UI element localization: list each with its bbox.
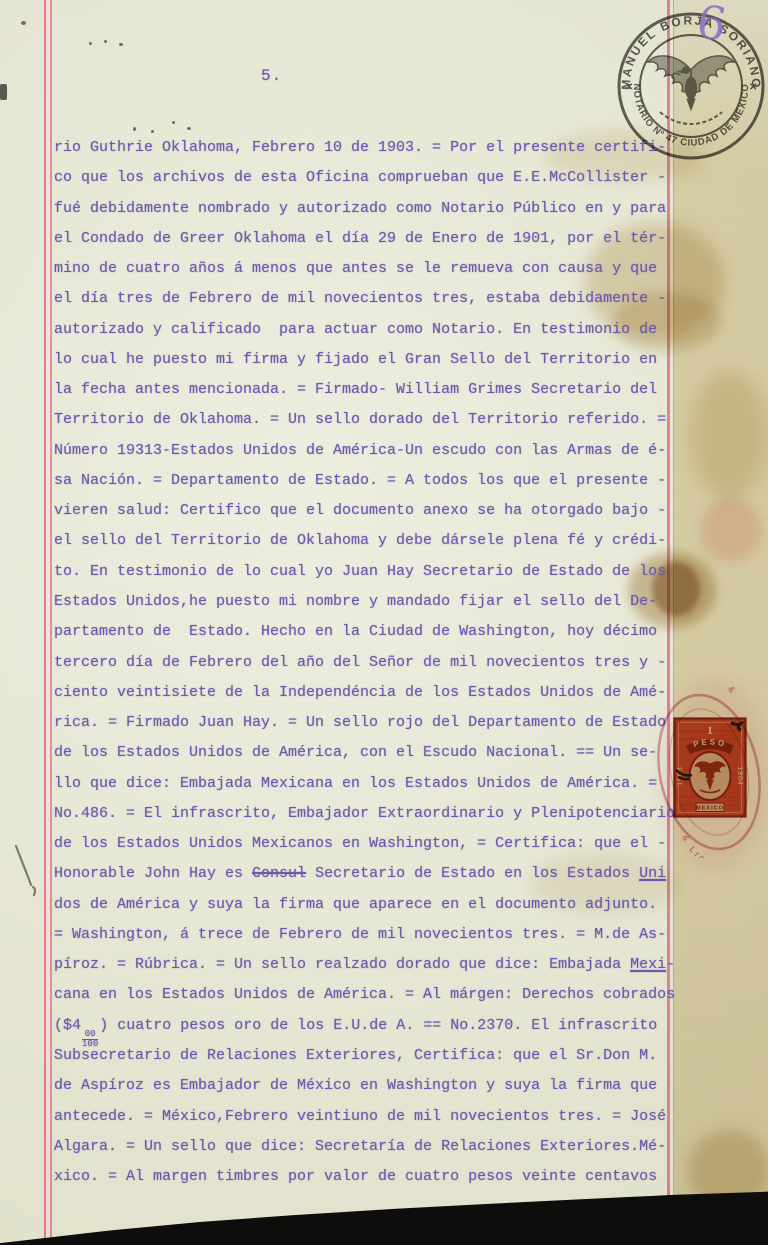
edge-mark — [0, 84, 7, 100]
notary-round-stamp: MANUEL BORJA SORIANO NOTARIO Nº 47 CIUDA… — [608, 4, 768, 168]
stamp-year-right: 1904 — [736, 766, 743, 786]
stamp-separator-icon: ✕ — [625, 82, 633, 93]
stamp-denomination: 1 — [707, 723, 713, 737]
text-line: fué debidamente nombrado y autorizado co… — [54, 194, 694, 224]
left-margin-line — [50, 0, 52, 1245]
text-line: xico. = Al margen timbres por valor de c… — [54, 1162, 694, 1192]
photo-background — [0, 1183, 768, 1245]
text-line: dos de América y suya la firma que apare… — [54, 890, 694, 920]
text-line: píroz. = Rúbrica. = Un sello realzado do… — [54, 950, 694, 980]
text-line: Estados Unidos,he puesto mi nombre y man… — [54, 587, 694, 617]
text-line: partamento de Estado. Hecho en la Ciudad… — [54, 617, 694, 647]
text-line: lo cual he puesto mi firma y fijado el G… — [54, 345, 694, 375]
text-line: de los Estados Unidos de América, con el… — [54, 738, 694, 768]
text-line: rica. = Firmado Juan Hay. = Un sello roj… — [54, 708, 694, 738]
ink-speck — [187, 127, 191, 130]
typewritten-text: rio Guthrie Oklahoma, Febrero 10 de 1903… — [54, 133, 694, 1192]
text-line: Número 19313-Estados Unidos de América-U… — [54, 436, 694, 466]
ink-speck — [89, 42, 92, 45]
text-line: vieren salud: Certifico que el documento… — [54, 496, 694, 526]
text-line: Honorable John Hay es Consul Secretario … — [54, 859, 694, 889]
text-line: Subsecretario de Relaciones Exteriores, … — [54, 1041, 694, 1071]
ink-speck — [104, 40, 107, 43]
text-line: cana en los Estados Unidos de América. =… — [54, 980, 694, 1010]
cancellation-bottom-text: & LIQ — [680, 830, 711, 858]
text-line: de los Estados Unidos Mexicanos en Washi… — [54, 829, 694, 859]
left-margin-line — [44, 0, 46, 1245]
stamp-country-text: MEXICO — [696, 806, 724, 812]
ink-speck — [172, 121, 175, 124]
pencil-margin-mark — [6, 840, 46, 898]
text-line: el Condado de Greer Oklahoma el día 29 d… — [54, 224, 694, 254]
text-line: rio Guthrie Oklahoma, Febrero 10 de 1903… — [54, 133, 694, 163]
document-photo: 5. rio Guthrie Oklahoma, Febrero 10 de 1… — [0, 0, 768, 1245]
text-line: llo que dice: Embajada Mexicana en los E… — [54, 769, 694, 799]
svg-text:& LIQ: & LIQ — [680, 830, 711, 858]
ink-speck — [133, 127, 136, 131]
stamp-year-left: 1903 — [677, 766, 684, 786]
ink-speck — [21, 21, 26, 25]
text-line: = Washington, á trece de Febrero de mil … — [54, 920, 694, 950]
text-line: No.486. = El infrascrito, Embajador Extr… — [54, 799, 694, 829]
text-line: co que los archivos de esta Oficina comp… — [54, 163, 694, 193]
ink-speck — [119, 43, 123, 46]
text-line: antecede. = México,Febrero veintiuno de … — [54, 1102, 694, 1132]
text-line: tercero día de Febrero del año del Señor… — [54, 648, 694, 678]
revenue-stamp: 1 PESO 1903 1904 MEXICO — [673, 717, 747, 818]
text-line: ciento veintisiete de la Independéncia d… — [54, 678, 694, 708]
page-number: 5. — [261, 67, 282, 85]
text-line: ($400100) cuatro pesos oro de los E.U.de… — [54, 1011, 694, 1041]
text-line: sa Nación. = Departamento de Estado. = A… — [54, 466, 694, 496]
text-line: la fecha antes mencionada. = Firmado- Wi… — [54, 375, 694, 405]
text-line: Algara. = Un sello que dice: Secretaría … — [54, 1132, 694, 1162]
text-line: el sello del Territorio de Oklahoma y de… — [54, 526, 694, 556]
text-line: de Aspíroz es Embajador de México en Was… — [54, 1071, 694, 1101]
text-line: autorizado y calificado para actuar como… — [54, 315, 694, 345]
eagle-crest-icon — [648, 56, 734, 124]
text-line: mino de cuatro años á menos que antes se… — [54, 254, 694, 284]
text-line: el día tres de Febrero de mil noveciento… — [54, 284, 694, 314]
stamp-separator-icon: ✕ — [749, 82, 757, 93]
text-line: to. En testimonio de lo cual yo Juan Hay… — [54, 557, 694, 587]
text-line: Territorio de Oklahoma. = Un sello dorad… — [54, 405, 694, 435]
